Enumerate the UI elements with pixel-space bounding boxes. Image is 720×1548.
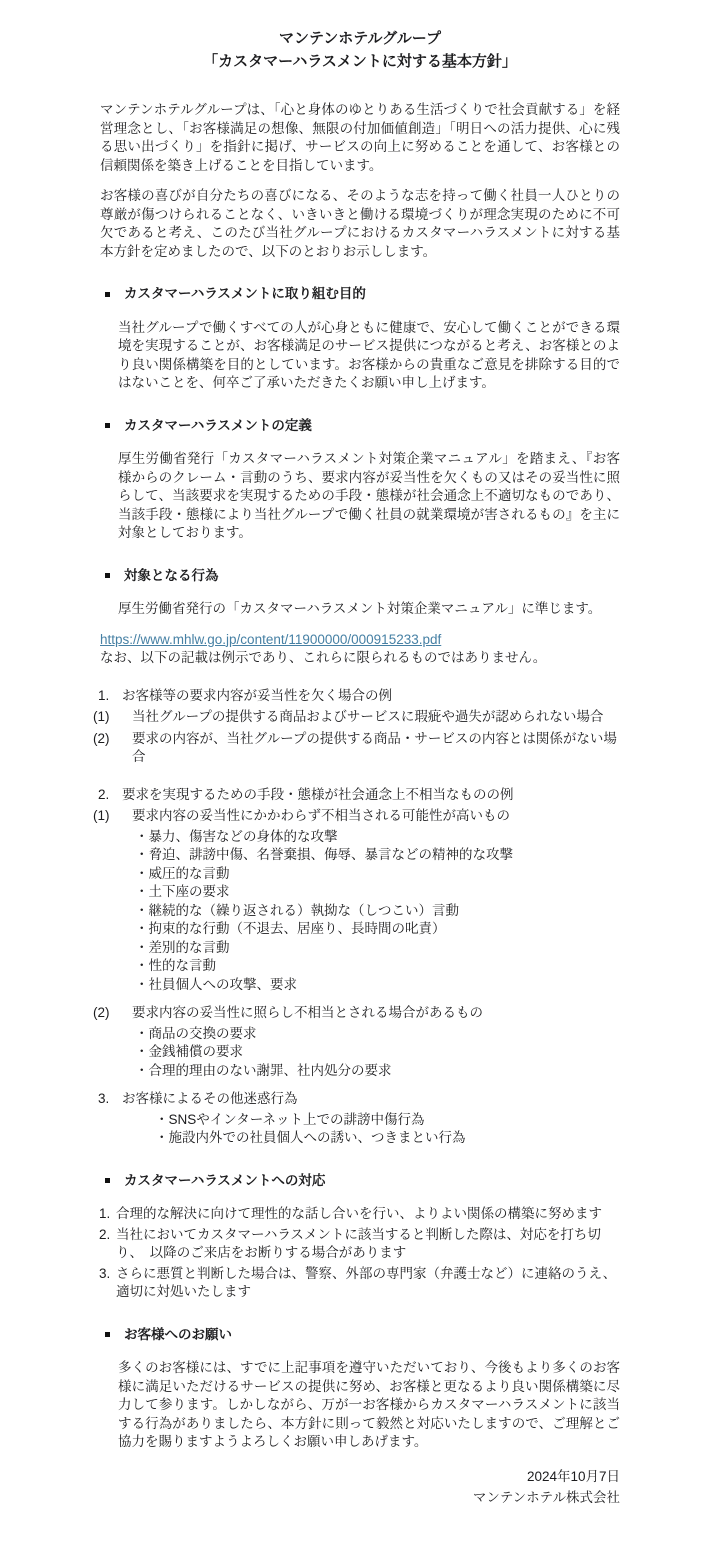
examples-note: なお、以下の記載は例示であり、これらに限られるものではありません。: [100, 649, 620, 668]
example-item-text: 要求の内容が、当社グループの提供する商品・サービスの内容とは関係がない場合: [132, 730, 620, 767]
square-bullet-icon: [105, 1332, 110, 1337]
square-bullet-icon: [105, 423, 110, 428]
example-bullet-item: ・合理的理由のない謝罪、社内処分の要求: [135, 1062, 620, 1081]
example-group-2-title-row: 2. 要求を実現するための手段・態様が社会通念上不相当なものの例: [98, 786, 620, 805]
section-body-purpose: 当社グループで働くすべての人が心身ともに健康で、安心して働くことができる環境を実…: [118, 319, 620, 393]
section-heading-purpose-label: カスタマーハラスメントに取り組む目的: [124, 285, 366, 304]
example-group-1-title-row: 1. お客様等の要求内容が妥当性を欠く場合の例: [98, 687, 620, 706]
section-body-target-acts: 厚生労働省発行の「カスタマーハラスメント対策企業マニュアル」に準じます。: [118, 600, 620, 619]
document-title-line-1: マンテンホテルグループ: [100, 27, 620, 50]
square-bullet-icon: [105, 292, 110, 297]
example-subgroup-2-title: 要求内容の妥当性に照らし不相当とされる場合があるもの: [132, 1004, 483, 1023]
example-bullet-item: ・差別的な言動: [135, 939, 620, 958]
response-item-text: 合理的な解決に向けて理性的な話し合いを行い、よりよい関係の構築に努めます: [116, 1205, 620, 1224]
example-group-1-title: お客様等の要求内容が妥当性を欠く場合の例: [122, 687, 392, 706]
section-request: お客様へのお願い 多くのお客様には、すでに上記事項を遵守いただいており、今後もよ…: [100, 1326, 620, 1452]
manual-link-line: https://www.mhlw.go.jp/content/11900000/…: [100, 631, 620, 650]
list-number: 2.: [98, 786, 122, 805]
example-bullet-item: ・SNSやインターネット上での誹謗中傷行為: [155, 1111, 620, 1130]
example-item: (1) 当社グループの提供する商品およびサービスに瑕疵や過失が認められない場合: [93, 708, 620, 727]
example-bullet-item: ・商品の交換の要求: [135, 1025, 620, 1044]
section-heading-response-label: カスタマーハラスメントへの対応: [124, 1172, 325, 1191]
response-item: 2. 当社においてカスタマーハラスメントに該当すると判断した際は、対応を打ち切り…: [99, 1226, 620, 1263]
section-response: カスタマーハラスメントへの対応 1. 合理的な解決に向けて理性的な話し合いを行い…: [100, 1172, 620, 1302]
square-bullet-icon: [105, 573, 110, 578]
section-target-acts: 対象となる行為 厚生労働省発行の「カスタマーハラスメント対策企業マニュアル」に準…: [100, 567, 620, 1148]
section-heading-request-label: お客様へのお願い: [124, 1326, 232, 1345]
example-group-3-bullets: ・SNSやインターネット上での誹謗中傷行為 ・施設内外での社員個人への誘い、つき…: [100, 1111, 620, 1148]
example-group-3-title-row: 3. お客様によるその他迷惑行為: [98, 1090, 620, 1109]
response-item-text: 当社においてカスタマーハラスメントに該当すると判断した際は、対応を打ち切り、 以…: [116, 1226, 620, 1263]
example-subgroup-1-title: 要求内容の妥当性にかかわらず不相当される可能性が高いもの: [132, 807, 510, 826]
example-bullet-item: ・威圧的な言動: [135, 865, 620, 884]
example-group-2: 2. 要求を実現するための手段・態様が社会通念上不相当なものの例 (1) 要求内…: [100, 786, 620, 1081]
section-heading-request: お客様へのお願い: [105, 1326, 620, 1345]
example-item-text: 当社グループの提供する商品およびサービスに瑕疵や過失が認められない場合: [132, 708, 603, 727]
mhlw-manual-link[interactable]: https://www.mhlw.go.jp/content/11900000/…: [100, 632, 441, 647]
issue-date: 2024年10月7日: [100, 1468, 620, 1487]
example-bullet-item: ・社員個人への攻撃、要求: [135, 976, 620, 995]
section-definition: カスタマーハラスメントの定義 厚生労働省発行「カスタマーハラスメント対策企業マニ…: [100, 417, 620, 543]
response-item: 1. 合理的な解決に向けて理性的な話し合いを行い、よりよい関係の構築に努めます: [99, 1205, 620, 1224]
list-number: 2.: [99, 1226, 116, 1263]
list-paren-number: (1): [93, 807, 132, 826]
document-footer: 2024年10月7日 マンテンホテル株式会社: [100, 1468, 620, 1508]
section-heading-definition: カスタマーハラスメントの定義: [105, 417, 620, 436]
example-bullet-item: ・暴力、傷害などの身体的な攻撃: [135, 828, 620, 847]
example-bullet-item: ・性的な言動: [135, 957, 620, 976]
list-paren-number: (1): [93, 708, 132, 727]
example-subgroup-1-bullets: ・暴力、傷害などの身体的な攻撃 ・脅迫、誹謗中傷、名誉棄損、侮辱、暴言などの精神…: [100, 828, 620, 995]
example-group-2-title: 要求を実現するための手段・態様が社会通念上不相当なものの例: [122, 786, 514, 805]
document-title: マンテンホテルグループ 「カスタマーハラスメントに対する基本方針」: [100, 27, 620, 73]
intro-paragraph-2: お客様の喜びが自分たちの喜びになる、そのような志を持って働く社員一人ひとりの尊厳…: [100, 187, 620, 261]
example-subgroup-2-bullets: ・商品の交換の要求 ・金銭補償の要求 ・合理的理由のない謝罪、社内処分の要求: [100, 1025, 620, 1081]
section-heading-definition-label: カスタマーハラスメントの定義: [124, 417, 312, 436]
list-paren-number: (2): [93, 730, 132, 767]
intro-paragraph-1: マンテンホテルグループは、「心と身体のゆとりある生活づくりで社会貢献する」を経営…: [100, 101, 620, 175]
section-purpose: カスタマーハラスメントに取り組む目的 当社グループで働くすべての人が心身ともに健…: [100, 285, 620, 393]
example-bullet-item: ・施設内外での社員個人への誘い、つきまとい行為: [155, 1129, 620, 1148]
example-bullet-item: ・脅迫、誹謗中傷、名誉棄損、侮辱、暴言などの精神的な攻撃: [135, 846, 620, 865]
list-paren-number: (2): [93, 1004, 132, 1023]
example-bullet-item: ・拘束的な行動（不退去、居座り、長時間の叱責）: [135, 920, 620, 939]
list-number: 3.: [99, 1265, 116, 1302]
square-bullet-icon: [105, 1178, 110, 1183]
example-group-3: 3. お客様によるその他迷惑行為 ・SNSやインターネット上での誹謗中傷行為 ・…: [100, 1090, 620, 1148]
example-subgroup-2-title-row: (2) 要求内容の妥当性に照らし不相当とされる場合があるもの: [93, 1004, 620, 1023]
list-number: 1.: [98, 687, 122, 706]
policy-document-page: マンテンホテルグループ 「カスタマーハラスメントに対する基本方針」 マンテンホテ…: [0, 0, 720, 1548]
example-item: (2) 要求の内容が、当社グループの提供する商品・サービスの内容とは関係がない場…: [93, 730, 620, 767]
section-heading-purpose: カスタマーハラスメントに取り組む目的: [105, 285, 620, 304]
section-heading-target-acts-label: 対象となる行為: [124, 567, 219, 586]
example-bullet-item: ・金銭補償の要求: [135, 1043, 620, 1062]
company-name: マンテンホテル株式会社: [100, 1489, 620, 1508]
example-bullet-item: ・土下座の要求: [135, 883, 620, 902]
section-body-definition: 厚生労働省発行「カスタマーハラスメント対策企業マニュアル」を踏まえ、『お客様から…: [118, 450, 620, 543]
response-item-text: さらに悪質と判断した場合は、警察、外部の専門家（弁護士など）に連絡のうえ、 適切…: [116, 1265, 620, 1302]
list-number: 1.: [99, 1205, 116, 1224]
example-group-1: 1. お客様等の要求内容が妥当性を欠く場合の例 (1) 当社グループの提供する商…: [100, 687, 620, 767]
document-title-line-2: 「カスタマーハラスメントに対する基本方針」: [100, 50, 620, 73]
list-number: 3.: [98, 1090, 122, 1109]
section-heading-response: カスタマーハラスメントへの対応: [105, 1172, 620, 1191]
response-item: 3. さらに悪質と判断した場合は、警察、外部の専門家（弁護士など）に連絡のうえ、…: [99, 1265, 620, 1302]
example-subgroup-1-title-row: (1) 要求内容の妥当性にかかわらず不相当される可能性が高いもの: [93, 807, 620, 826]
section-heading-target-acts: 対象となる行為: [105, 567, 620, 586]
section-body-request: 多くのお客様には、すでに上記事項を遵守いただいており、今後もより多くのお客様に満…: [118, 1359, 620, 1452]
example-bullet-item: ・継続的な（繰り返される）執拗な（しつこい）言動: [135, 902, 620, 921]
example-group-3-title: お客様によるその他迷惑行為: [122, 1090, 298, 1109]
